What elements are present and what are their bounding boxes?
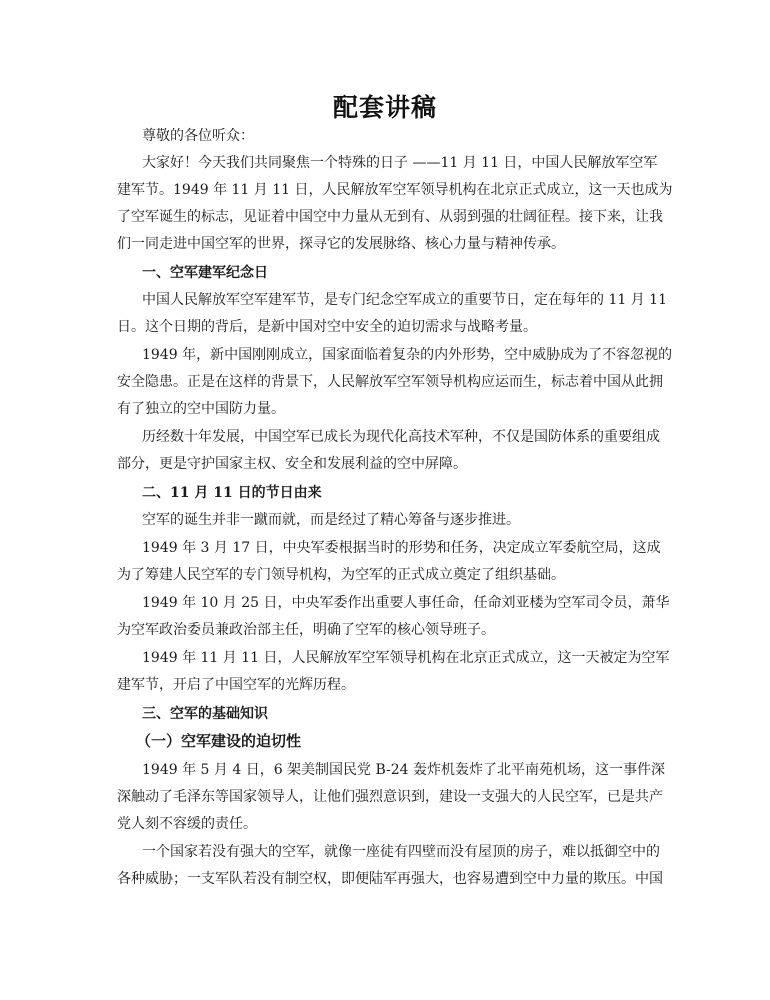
paragraph-line: 一个国家若没有强大的空军，就像一座徒有四壁而没有屋顶的房子，难以抵御空中的	[142, 843, 657, 861]
section-heading: 三、空军的基础知识	[142, 705, 268, 723]
paragraph-line: 深触动了毛泽东等国家领导人，让他们强烈意识到，建设一支强大的人民空军，已是共产	[117, 788, 657, 806]
paragraph-line: 1949 年，新中国刚刚成立，国家面临着复杂的内外形势，空中威胁成为了不容忽视的	[142, 346, 657, 364]
section-heading: 一、空军建军纪念日	[142, 264, 268, 282]
paragraph-line: 中国人民解放军空军建军节，是专门纪念空军成立的重要节日，定在每年的 11 月 1…	[142, 291, 657, 309]
paragraph-line: 各种威胁；一支军队若没有制空权，即便陆军再强大，也容易遭到空中力量的欺压。中国	[117, 870, 657, 888]
paragraph-line: 们一同走进中国空军的世界，探寻它的发展脉络、核心力量与精神传承。	[117, 235, 657, 253]
paragraph-line: 日。这个日期的背后，是新中国对空中安全的迫切需求与战略考量。	[117, 318, 657, 336]
paragraph-line: 1949 年 5 月 4 日，6 架美制国民党 B-24 轰炸机轰炸了北平南苑机…	[142, 761, 657, 779]
subsection-heading: （一）空军建设的迫切性	[136, 732, 301, 750]
paragraph-line: 安全隐患。正是在这样的背景下，人民解放军空军领导机构应运而生，标志着中国从此拥	[117, 373, 657, 391]
paragraph-line: 空军的诞生并非一蹴而就，而是经过了精心筹备与逐步推进。	[142, 511, 657, 529]
paragraph-line: 大家好！今天我们共同聚焦一个特殊的日子 ——11 月 11 日，中国人民解放军空…	[142, 154, 657, 172]
section-heading: 二、11 月 11 日的节日由来	[142, 484, 322, 502]
paragraph-line: 1949 年 3 月 17 日，中央军委根据当时的形势和任务，决定成立军委航空局…	[142, 539, 657, 557]
paragraph-line: 有了独立的空中国防力量。	[117, 400, 657, 418]
paragraph-line: 部分，更是守护国家主权、安全和发展利益的空中屏障。	[117, 455, 657, 473]
paragraph-line: 了空军诞生的标志，见证着中国空中力量从无到有、从弱到强的壮阔征程。接下来，让我	[117, 208, 657, 226]
paragraph-line: 历经数十年发展，中国空军已成长为现代化高技术军种，不仅是国防体系的重要组成	[142, 428, 657, 446]
paragraph-line: 党人刻不容缓的责任。	[117, 815, 657, 833]
paragraph-line: 1949 年 11 月 11 日，人民解放军空军领导机构在北京正式成立，这一天被…	[142, 649, 657, 667]
paragraph-line: 1949 年 10 月 25 日，中央军委作出重要人事任命，任命刘亚楼为空军司令…	[142, 594, 657, 612]
paragraph-line: 建军节。1949 年 11 月 11 日，人民解放军空军领导机构在北京正式成立，…	[117, 181, 657, 199]
paragraph-line: 尊敬的各位听众：	[142, 127, 657, 145]
document-title: 配套讲稿	[0, 88, 770, 124]
paragraph-line: 为了筹建人民空军的专门领导机构，为空军的正式成立奠定了组织基础。	[117, 566, 657, 584]
paragraph-line: 为空军政治委员兼政治部主任，明确了空军的核心领导班子。	[117, 621, 657, 639]
document-page: 配套讲稿 尊敬的各位听众：大家好！今天我们共同聚焦一个特殊的日子 ——11 月 …	[0, 0, 770, 1000]
paragraph-line: 建军节，开启了中国空军的光辉历程。	[117, 676, 657, 694]
